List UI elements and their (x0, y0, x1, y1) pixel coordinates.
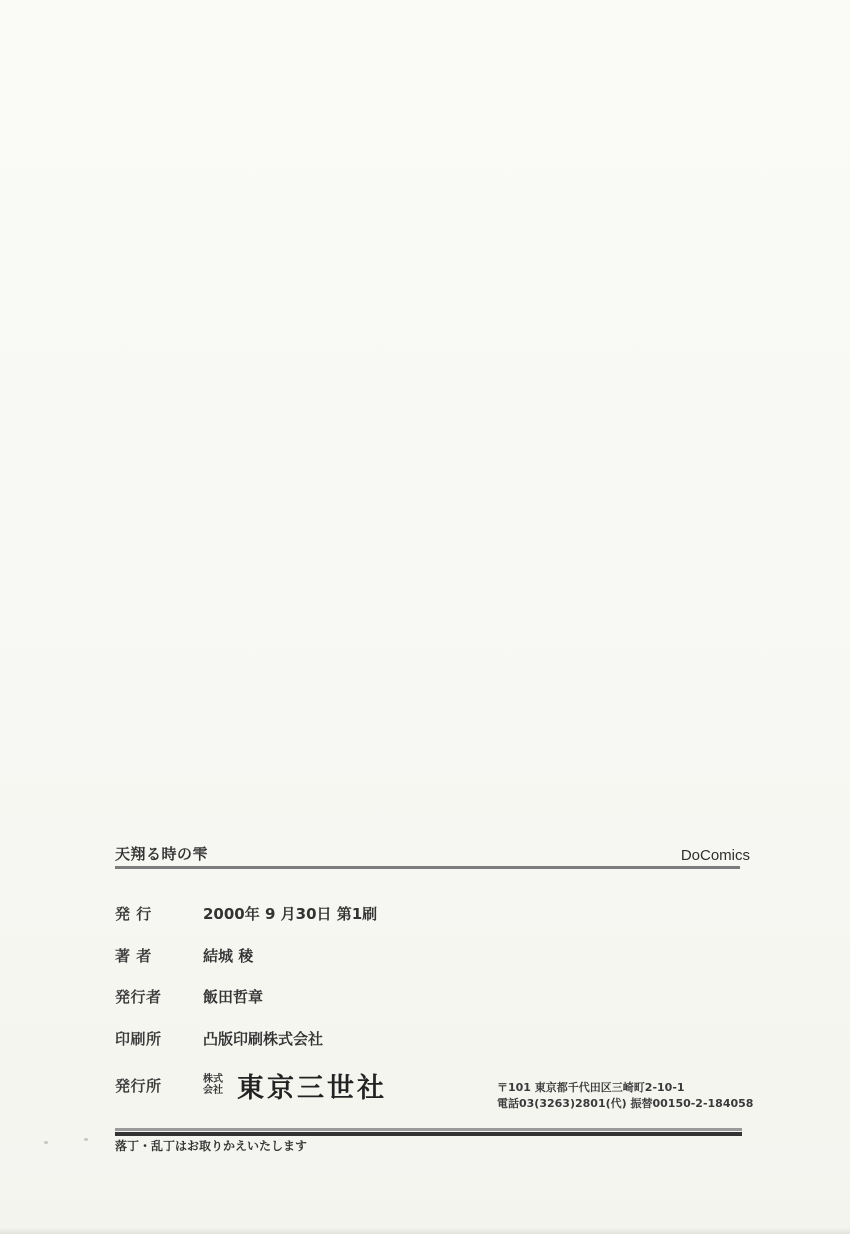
replacement-notice: 落丁・乱丁はお取りかえいたします (115, 1137, 307, 1154)
title-rule (115, 866, 740, 869)
paper-specks (44, 1138, 94, 1146)
value-author: 結城 稜 (203, 945, 253, 966)
corp-prefix-line1: 株式 (203, 1074, 223, 1085)
speck (44, 1141, 48, 1144)
value-publish-date: 2000年 9 月30日 第1刷 (203, 903, 377, 924)
row-printer: 印刷所 凸版印刷株式会社 (115, 1026, 323, 1050)
row-publish-date: 発 行 2000年 9 月30日 第1刷 (115, 901, 377, 925)
page-edge (0, 1228, 850, 1234)
colophon-page: 天翔る時の雫 DoComics 発 行 2000年 9 月30日 第1刷 著 者… (0, 0, 850, 1234)
row-publisher-person: 発行者 飯田哲章 (115, 984, 263, 1008)
corp-prefix: 株式 会社 (203, 1074, 223, 1096)
label-author: 著 者 (115, 945, 203, 966)
footer-rule-thick (115, 1132, 742, 1136)
value-printer: 凸版印刷株式会社 (203, 1028, 323, 1049)
label-publisher-person: 発行者 (115, 986, 203, 1007)
title-row: 天翔る時の雫 DoComics (115, 843, 750, 865)
book-title: 天翔る時の雫 (115, 843, 208, 864)
footer-rule-thin (115, 1128, 742, 1131)
row-publishing-house: 発行所 株式 会社 東京三世社 (115, 1068, 387, 1102)
address-line: 〒101 東京都千代田区三崎町2-10-1 (497, 1080, 753, 1096)
corp-prefix-line2: 会社 (203, 1085, 223, 1096)
label-publishing-house: 発行所 (115, 1075, 203, 1096)
value-publisher-person: 飯田哲章 (203, 986, 263, 1007)
imprint-label: DoComics (681, 847, 750, 864)
phone-line: 電話03(3263)2801(代) 振替00150-2-184058 (497, 1096, 753, 1112)
label-printer: 印刷所 (115, 1028, 203, 1049)
speck (84, 1138, 88, 1141)
label-publish: 発 行 (115, 903, 203, 924)
publisher-name: 東京三世社 (237, 1066, 387, 1105)
row-author: 著 者 結城 稜 (115, 943, 253, 967)
publisher-address: 〒101 東京都千代田区三崎町2-10-1 電話03(3263)2801(代) … (497, 1080, 753, 1112)
